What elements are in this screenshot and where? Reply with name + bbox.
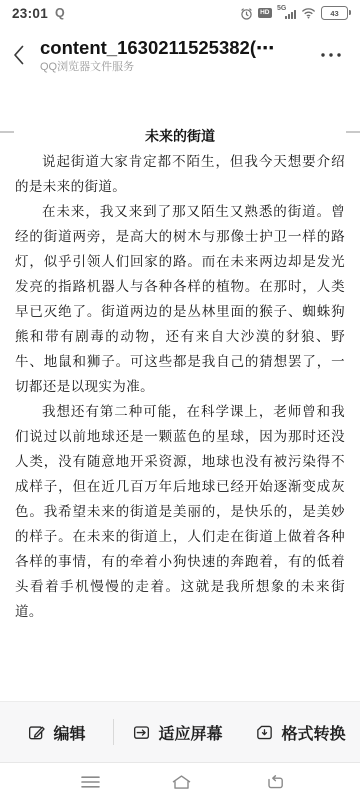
- nav-menu-button[interactable]: [81, 776, 100, 788]
- clock-text: 23:01: [12, 6, 48, 21]
- qq-notification-icon: Q: [55, 6, 65, 20]
- document-page: 未来的街道 说起街道大家肯定都不陌生，但我今天想要介绍的是未来的街道。 在未来，…: [0, 84, 360, 624]
- wifi-icon: [301, 7, 316, 19]
- more-icon: [320, 52, 342, 58]
- battery-icon: 43: [321, 6, 348, 21]
- page-edge-right: [346, 131, 360, 133]
- status-bar: 23:01 Q HD 5G: [0, 0, 360, 26]
- back-chevron-icon: [12, 43, 25, 67]
- battery-level: 43: [330, 9, 338, 18]
- document-viewer[interactable]: 未来的街道 说起街道大家肯定都不陌生，但我今天想要介绍的是未来的街道。 在未来，…: [0, 84, 360, 701]
- menu-icon: [81, 776, 100, 788]
- edit-button[interactable]: 编辑: [27, 721, 85, 744]
- format-convert-icon: [255, 723, 274, 742]
- back-button[interactable]: [12, 38, 34, 72]
- fit-screen-label: 适应屏幕: [158, 721, 222, 744]
- format-convert-label: 格式转换: [281, 721, 345, 744]
- hd-icon: HD: [258, 8, 272, 18]
- edit-label: 编辑: [53, 721, 85, 744]
- document-paragraph: 在未来，我又来到了那又陌生又熟悉的街道。曾经的街道两旁，是高大的树木与那像士护卫…: [15, 199, 345, 399]
- nav-home-button[interactable]: [171, 774, 192, 789]
- fit-screen-icon: [132, 723, 151, 742]
- android-nav-bar: [0, 762, 360, 800]
- document-paragraph: 我想还有第二种可能，在科学课上，老师曾和我们说过以前地球还是一颗蓝色的星球，因为…: [15, 399, 345, 624]
- file-source-label: QQ浏览器文件服务: [40, 60, 314, 74]
- bottom-toolbar: 编辑 适应屏幕 格式转换: [0, 701, 360, 762]
- file-title: content_1630211525382(⋯: [40, 37, 314, 59]
- nav-back-button[interactable]: [266, 774, 285, 790]
- fit-screen-button[interactable]: 适应屏幕: [132, 721, 222, 744]
- phone-screen: 23:01 Q HD 5G: [0, 0, 360, 800]
- document-paragraph: 说起街道大家肯定都不陌生，但我今天想要介绍的是未来的街道。: [15, 149, 345, 199]
- page-edge-left: [0, 131, 14, 133]
- edit-icon: [27, 723, 46, 742]
- alarm-icon: [240, 7, 253, 20]
- home-icon: [171, 774, 192, 789]
- header: content_1630211525382(⋯ QQ浏览器文件服务: [0, 26, 360, 84]
- header-texts: content_1630211525382(⋯ QQ浏览器文件服务: [34, 37, 314, 74]
- more-options-button[interactable]: [314, 38, 348, 72]
- signal-5g-icon: 5G: [277, 6, 296, 20]
- status-bar-right: HD 5G 43: [240, 6, 348, 21]
- format-convert-button[interactable]: 格式转换: [255, 721, 345, 744]
- status-bar-left: 23:01 Q: [12, 6, 65, 21]
- nav-back-icon: [266, 774, 285, 790]
- document-title: 未来的街道: [15, 124, 345, 149]
